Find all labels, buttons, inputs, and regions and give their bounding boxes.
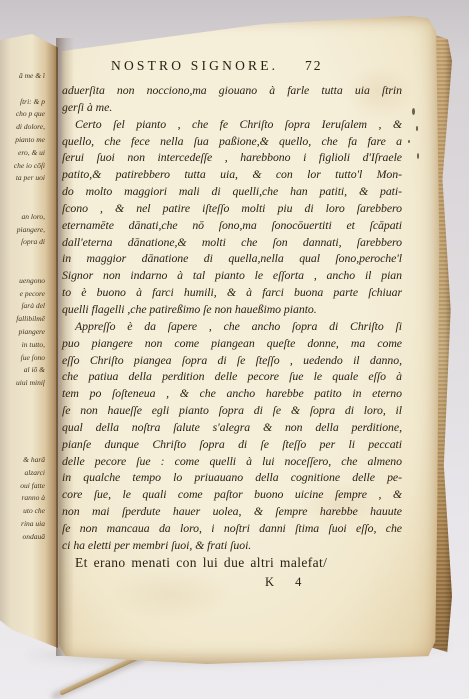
gutter-text-fragment: cho p que [0,108,45,121]
text-line: core ſue, le quali come paſtor buono uic… [62,486,402,503]
gutter-text-fragment: ero, & ui [0,147,45,160]
text-line: che patiua della perdition delle pecore … [62,368,402,385]
gutter-text-fragment [0,262,45,275]
gutter-text-fragment [0,83,45,96]
text-line: quelli flagelli ,che patireßimo ſe non h… [62,301,402,318]
facing-page-gutter-edge: ā me & īſtri: & pcho p quedi dolore,pian… [0,34,58,648]
ink-speck [416,126,418,131]
text-line: patito,& patirebbero tutta uia, & con lo… [62,166,402,183]
text-line: dall'eterna dānatione,& molti che ſon da… [62,234,402,251]
gutter-text-fragment: fallibilmē [0,313,45,326]
gutter-text-fragment: piangere [0,326,45,339]
gutter-text-fragment: ſtri: & p [0,96,45,109]
body-text: aduerſita non nocciono,ma giouano à farl… [62,82,402,571]
gutter-text-fragment: di dolore, [0,121,45,134]
text-line: ſe non haueſſe egli pianto ſopra di ſe &… [62,402,402,419]
gutter-text-fragment [0,403,45,416]
gutter-text-fragment [0,390,45,403]
gutter-text-fragment: al iō & [0,364,45,377]
text-line: aduerſita non nocciono,ma giouano à farl… [62,82,402,99]
gutter-text-fragment: che io cōſi [0,160,45,173]
gutter-text-fragment: in tutto, [0,339,45,352]
printed-text-block: NOSTRO SIGNORE. 72 aduerſita non noccion… [62,56,402,590]
text-line: ſe non mancaua da loro, i noſtri danni ſ… [62,520,402,537]
text-line: eſſo Chriſto piangea ſopra di ſe ſteſſo … [62,352,402,369]
gutter-text-fragment: pianto me [0,134,45,147]
ink-speck [408,140,410,143]
gutter-text-fragment: uiuì miniſ [0,377,45,390]
text-line: qual della noſtra ſalute s'alegra & non … [62,419,402,436]
gutter-text-fragment: ſue ſono [0,352,45,365]
text-line: pianſe dunque Chriſto ſopra di ſe ſteſſo… [62,436,402,453]
ink-speck [417,153,419,159]
gutter-text-fragment: piangere, [0,224,45,237]
text-line: ſcono , & nel patire iſteſſo molti piu d… [62,200,402,217]
text-line: tem po ſoſteneua , & che ancho harebbe p… [62,385,402,402]
running-title: NOSTRO SIGNORE. [111,58,278,74]
gutter-text-fragment [0,185,45,198]
photo-backdrop: ā me & īſtri: & pcho p quedi dolore,pian… [0,0,469,699]
text-line: puo piangere non come piangean queſte do… [62,335,402,352]
gutter-text-fragment [0,249,45,262]
gutter-text-fragment [0,428,45,441]
gutter-text-fragment: ranno à [0,492,45,505]
gutter-text-fragment: ta per uoi [0,172,45,185]
gutter-text-fragment: e pecore [0,288,45,301]
text-line: Signor non indarno à tal pianto le eſſor… [62,267,402,284]
text-line: in qualche tempo lo priuauano della cogn… [62,469,402,486]
text-line: in maggior dānatione di quella,nella qua… [62,250,402,267]
gutter-text-fragment: ſarà del [0,300,45,313]
text-line: do molto maggiori mali di quelli,che han… [62,183,402,200]
text-line: ci ha eletti per membri ſuoi, & frati ſu… [62,537,402,554]
running-header: NOSTRO SIGNORE. 72 [62,56,402,80]
gutter-text-fragment [0,416,45,429]
ink-speck [412,108,415,115]
gutter-text-fragment: uto che [0,505,45,518]
text-line: ſerui ſuoi non intercedeſſe , harebbono … [62,149,402,166]
page-number: 72 [305,58,323,74]
gutter-text-fragment: & harā [0,454,45,467]
text-line: Certo ſel pianto , che fe Chriſto ſopra … [62,116,402,133]
gutter-text-fragment: ā me & ī [0,70,45,83]
text-line: to è buono à farci humili, & à farci buo… [62,284,402,301]
gutter-text-fragment: uengono [0,275,45,288]
gutter-text-fragment: oui fatte [0,480,45,493]
gutter-text-fragment [0,441,45,454]
gutter-text-fragment: alzarci [0,467,45,480]
gutter-text-fragment: ſopra di [0,236,45,249]
text-line: quello, che fece nella ſua paßione,& que… [62,133,402,150]
gutter-text-fragment [0,198,45,211]
text-line: eternamēte dānati,che nō ſono,ma ſonocōu… [62,217,402,234]
text-line: Et erano menati con lui due altri malefa… [62,554,402,571]
gutter-text-fragment: an loro, [0,211,45,224]
signature-mark: K 4 [62,575,402,590]
text-line: Appreſſo è da ſapere , che ancho ſopra d… [62,318,402,335]
book-page: NOSTRO SIGNORE. 72 aduerſita non noccion… [50,12,442,664]
gutter-text-fragment: rina uia [0,518,45,531]
text-line: non mai ſperdute hauer uolea, & ſempre h… [62,503,402,520]
text-line: gerſi à me. [62,99,402,116]
gutter-text-fragment: ondauā [0,531,45,544]
text-line: delle pecore ſue : come quelli à lui noc… [62,453,402,470]
